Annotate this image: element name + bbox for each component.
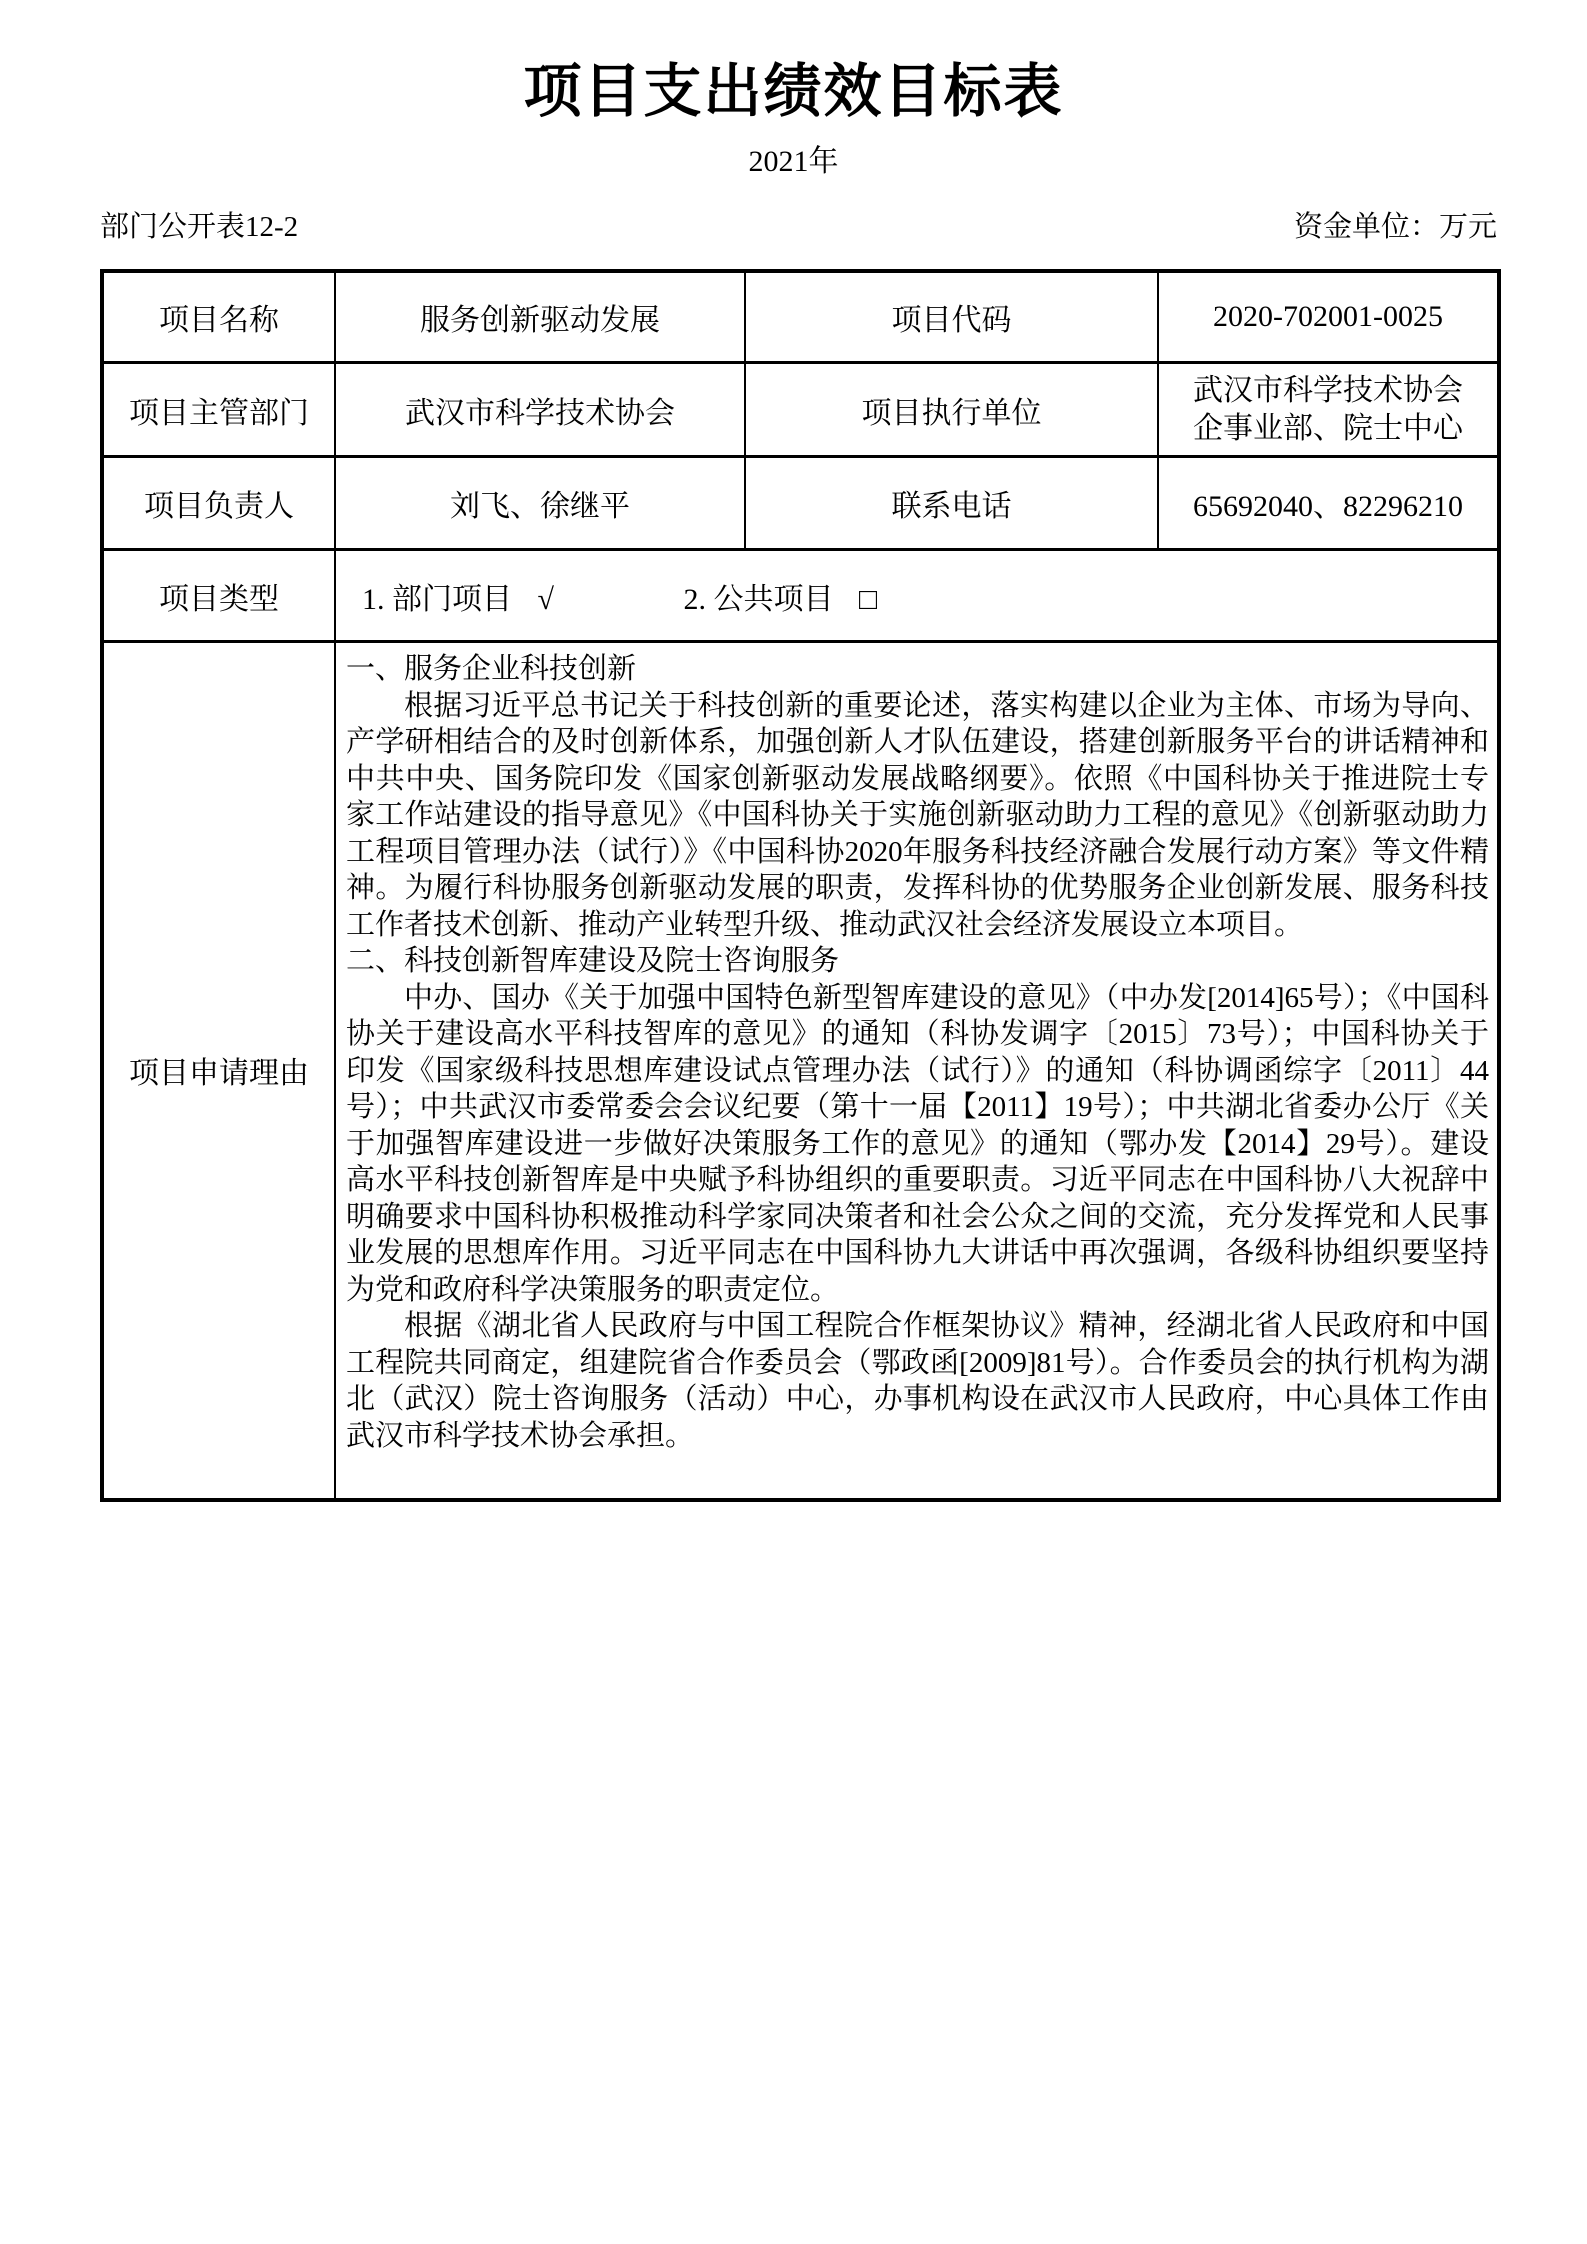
field-label-project-name: 项目名称 bbox=[102, 271, 335, 363]
table-number-note: 部门公开表12-2 bbox=[100, 209, 298, 245]
reason-section-1-paragraph: 根据习近平总书记关于科技创新的重要论述，落实构建以企业为主体、市场为导向、产学研… bbox=[346, 688, 1489, 944]
reason-section-2-paragraph-2: 根据《湖北省人民政府与中国工程院合作框架协议》精神，经湖北省人民政府和中国工程院… bbox=[346, 1308, 1489, 1454]
option-department-project-label: 1. 部门项目 bbox=[362, 583, 512, 616]
field-label-contact-phone: 联系电话 bbox=[745, 457, 1158, 550]
field-label-responsible-person: 项目负责人 bbox=[102, 457, 335, 550]
table-row-department: 项目主管部门 武汉市科学技术协会 项目执行单位 武汉市科学技术协会 企事业部、院… bbox=[102, 363, 1499, 457]
table-row-project-name: 项目名称 服务创新驱动发展 项目代码 2020-702001-0025 bbox=[102, 271, 1499, 363]
option-public-project-label: 2. 公共项目 bbox=[683, 583, 833, 616]
reason-section-2-paragraph-1: 中办、国办《关于加强中国特色新型智库建设的意见》（中办发[2014]65号）；《… bbox=[346, 980, 1489, 1309]
currency-unit-note: 资金单位：万元 bbox=[1294, 209, 1497, 245]
field-label-project-code: 项目代码 bbox=[745, 271, 1158, 363]
field-value-executing-unit: 武汉市科学技术协会 企事业部、院士中心 bbox=[1158, 363, 1499, 457]
field-value-project-name: 服务创新驱动发展 bbox=[335, 271, 745, 363]
check-mark-icon: √ bbox=[538, 583, 554, 616]
reason-section-1-heading: 一、服务企业科技创新 bbox=[346, 651, 1489, 688]
performance-target-table: 项目名称 服务创新驱动发展 项目代码 2020-702001-0025 项目主管… bbox=[100, 269, 1501, 1502]
field-value-project-type: 1. 部门项目 √ 2. 公共项目 □ bbox=[335, 550, 1499, 642]
field-label-executing-unit: 项目执行单位 bbox=[745, 363, 1158, 457]
field-value-application-reason: 一、服务企业科技创新 根据习近平总书记关于科技创新的重要论述，落实构建以企业为主… bbox=[335, 642, 1499, 1500]
empty-checkbox-icon: □ bbox=[859, 583, 877, 616]
reason-section-2-heading: 二、科技创新智库建设及院士咨询服务 bbox=[346, 943, 1489, 980]
field-label-application-reason: 项目申请理由 bbox=[102, 642, 335, 1500]
table-row-application-reason: 项目申请理由 一、服务企业科技创新 根据习近平总书记关于科技创新的重要论述，落实… bbox=[102, 642, 1499, 1500]
option-department-project: 1. 部门项目 √ bbox=[362, 583, 561, 616]
document-page: 项目支出绩效目标表 2021年 部门公开表12-2 资金单位：万元 项目名称 服… bbox=[0, 0, 1587, 2244]
page-subtitle: 2021年 bbox=[0, 143, 1587, 181]
option-public-project: 2. 公共项目 □ bbox=[683, 583, 877, 616]
field-label-project-type: 项目类型 bbox=[102, 550, 335, 642]
table-row-project-type: 项目类型 1. 部门项目 √ 2. 公共项目 □ bbox=[102, 550, 1499, 642]
meta-row: 部门公开表12-2 资金单位：万元 bbox=[100, 209, 1497, 245]
executing-unit-line-1: 武汉市科学技术协会 bbox=[1159, 372, 1497, 410]
executing-unit-line-2: 企事业部、院士中心 bbox=[1159, 410, 1497, 448]
field-value-project-code: 2020-702001-0025 bbox=[1158, 271, 1499, 363]
field-value-contact-phone: 65692040、82296210 bbox=[1158, 457, 1499, 550]
table-row-responsible-person: 项目负责人 刘飞、徐继平 联系电话 65692040、82296210 bbox=[102, 457, 1499, 550]
field-label-supervising-department: 项目主管部门 bbox=[102, 363, 335, 457]
field-value-supervising-department: 武汉市科学技术协会 bbox=[335, 363, 745, 457]
field-value-responsible-person: 刘飞、徐继平 bbox=[335, 457, 745, 550]
page-title: 项目支出绩效目标表 bbox=[0, 0, 1587, 129]
